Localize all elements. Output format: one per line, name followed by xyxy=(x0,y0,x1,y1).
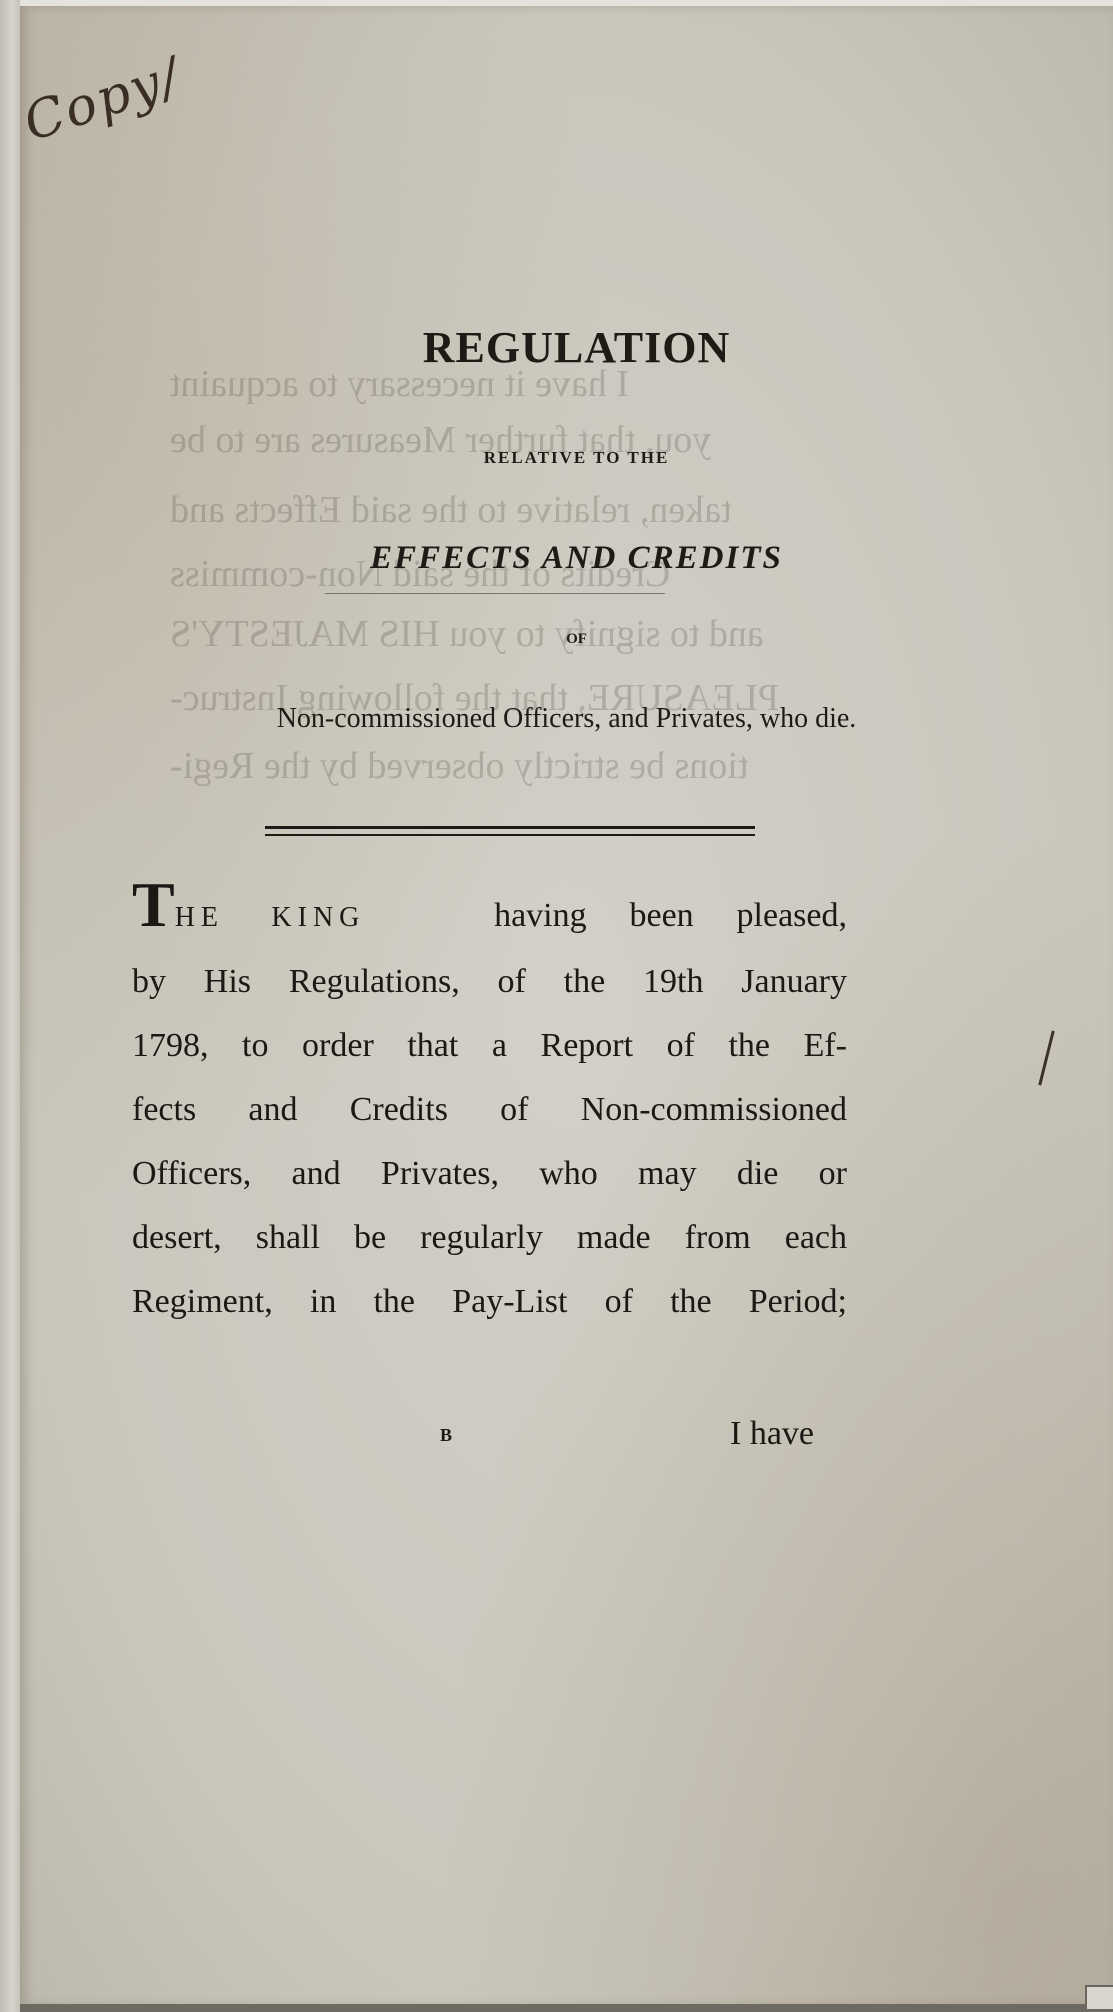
double-rule-top xyxy=(265,826,755,829)
double-rule-bottom xyxy=(265,834,755,836)
title-effects-line: EFFECTS AND CREDITS xyxy=(0,540,1113,577)
bleed-through-line: tions be strictly observed by the Regi- xyxy=(170,744,748,788)
body-paragraph: THE KING having been pleased, by His Reg… xyxy=(132,880,847,1334)
title-subtitle: Non-commissioned Officers, and Privates,… xyxy=(0,703,1113,735)
signature-mark: B xyxy=(440,1425,452,1446)
body-line: THE KING having been pleased, xyxy=(132,880,847,950)
bleed-through-line: taken, relative to the said Effects and xyxy=(170,488,732,532)
page-corner-fold xyxy=(1085,1985,1113,2009)
scan-bottom-edge xyxy=(20,2004,1113,2012)
page-title: REGULATION xyxy=(0,322,1113,373)
body-line: desert, shall be regularly made from eac… xyxy=(132,1206,847,1270)
body-line: fects and Credits of Non-commissioned xyxy=(132,1078,847,1142)
drop-cap: T xyxy=(132,869,175,940)
title-of-line: OF xyxy=(0,631,1113,648)
title-underline xyxy=(325,593,665,594)
body-line: by His Regulations, of the 19th January xyxy=(132,950,847,1014)
book-gutter xyxy=(0,0,20,2012)
small-caps-text: HE KING xyxy=(175,902,366,933)
catchword: I have xyxy=(730,1415,814,1453)
body-line: 1798, to order that a Report of the Ef- xyxy=(132,1014,847,1078)
body-line: Regiment, in the Pay-List of the Period; xyxy=(132,1270,847,1334)
body-line: Officers, and Privates, who may die or xyxy=(132,1142,847,1206)
title-relative-line: RELATIVE TO THE xyxy=(0,448,1113,468)
